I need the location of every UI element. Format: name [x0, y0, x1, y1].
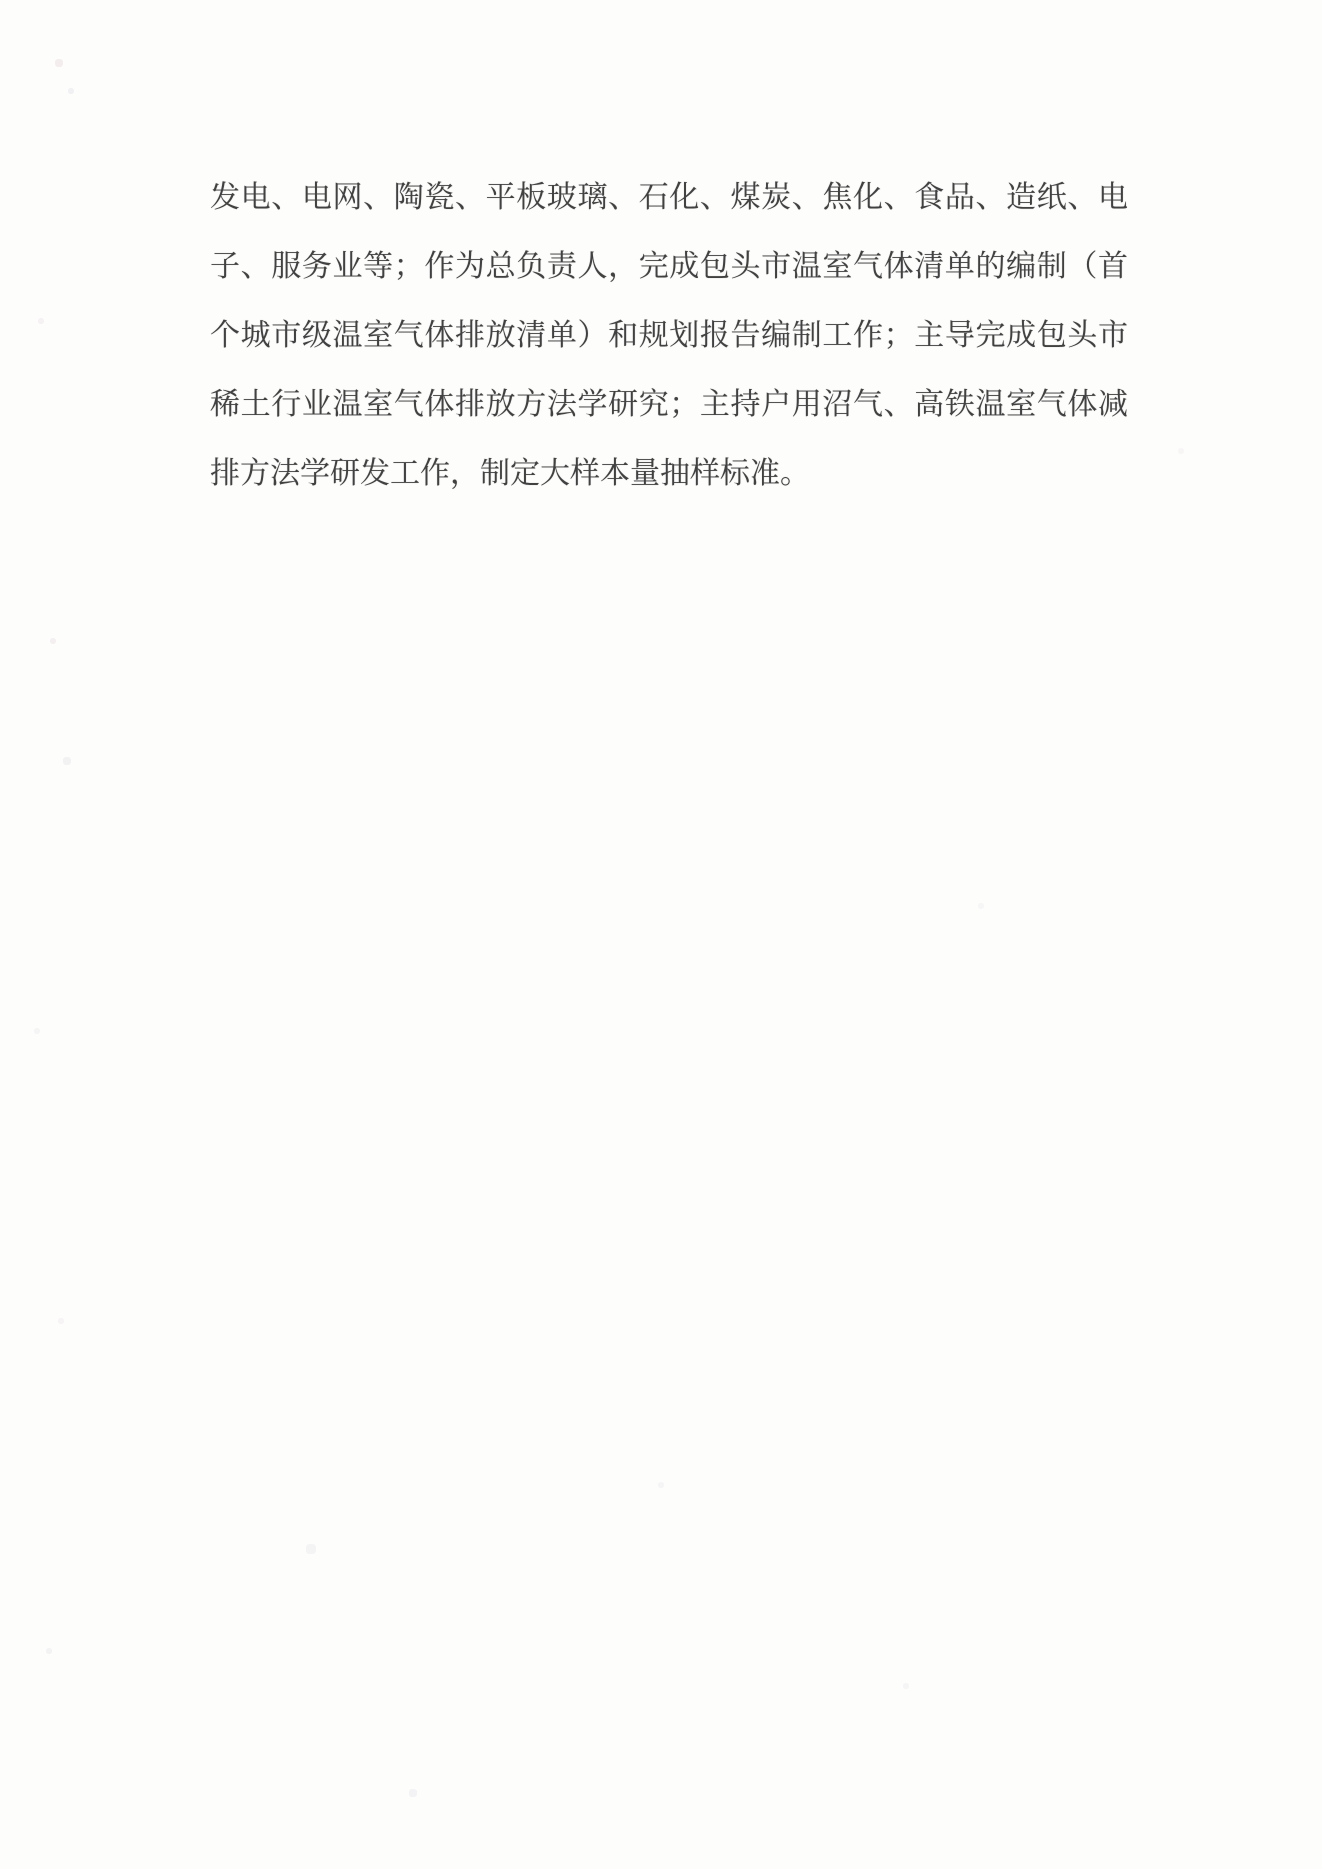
scan-noise-speckles — [0, 0, 2, 2]
text-line-5: 排方法学研发工作，制定大样本量抽样标准。 — [210, 439, 1128, 508]
scanned-document-page: 发电、电网、陶瓷、平板玻璃、石化、煤炭、焦化、食品、造纸、电 子、服务业等；作为… — [0, 0, 1322, 1869]
text-line-4: 稀土行业温室气体排放方法学研究；主持户用沼气、高铁温室气体减 — [210, 370, 1128, 439]
body-paragraph: 发电、电网、陶瓷、平板玻璃、石化、煤炭、焦化、食品、造纸、电 子、服务业等；作为… — [210, 163, 1128, 508]
text-line-1: 发电、电网、陶瓷、平板玻璃、石化、煤炭、焦化、食品、造纸、电 — [210, 163, 1128, 232]
text-line-3: 个城市级温室气体排放清单）和规划报告编制工作；主导完成包头市 — [210, 301, 1128, 370]
text-line-2: 子、服务业等；作为总负责人，完成包头市温室气体清单的编制（首 — [210, 232, 1128, 301]
